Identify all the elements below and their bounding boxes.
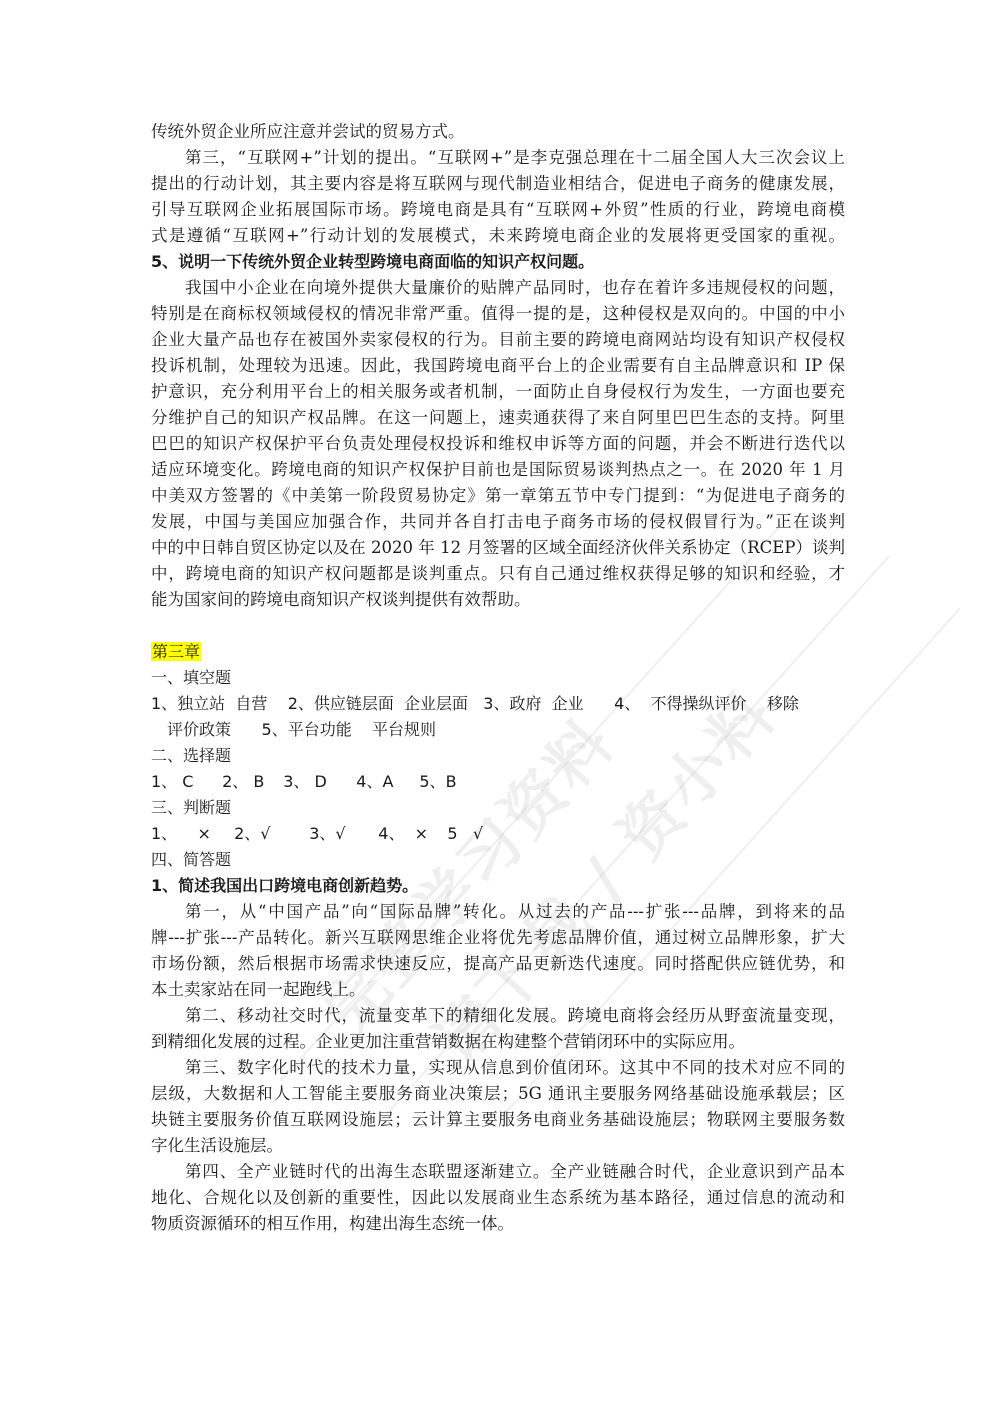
paragraph-line: 第三、数字化时代的技术力量，实现从信息到价值闭环。这其中不同的技术对应不同的 [151, 1055, 845, 1081]
paragraph-line: 物质资源循环的相互作用，构建出海生态统一体。 [151, 1211, 845, 1237]
paragraph-line: 块链主要服务价值互联网设施层；云计算主要服务电商业务基础设施层；物联网主要服务数 [151, 1107, 845, 1133]
paragraph-line: 发展，中国与美国应加强合作，共同并各自打击电子商务市场的侵权假冒行为。”正在谈判 [151, 509, 845, 535]
chapter-heading: 第三章 [151, 639, 845, 665]
paragraph-line: 第二、移动社交时代，流量变革下的精细化发展。跨境电商将会经历从野蛮流量变现， [151, 1003, 845, 1029]
paragraph-line: 适应环境变化。跨境电商的知识产权保护目前也是国际贸易谈判热点之一。在 2020 … [151, 457, 845, 483]
section-heading-true-false: 三、判断题 [151, 795, 845, 821]
paragraph-line: 牌---扩张---产品转化。新兴互联网思维企业将优先考虑品牌价值，通过树立品牌形… [151, 925, 845, 951]
question-title: 5、说明一下传统外贸企业转型跨境电商面临的知识产权问题。 [151, 249, 845, 275]
answer-item: 1、 × [151, 821, 229, 847]
chapter-title: 第三章 [151, 642, 201, 661]
paragraph-line: 企业大量产品也存在被国外卖家侵权的行为。目前主要的跨境电商网站均设有知识产权侵权 [151, 327, 845, 353]
paragraph-line: 层级，大数据和人工智能主要服务商业决策层；5G 通讯主要服务网络基础设施承载层；… [151, 1081, 845, 1107]
answer-item: 2、√ [234, 821, 304, 847]
paragraph-line: 中美双方签署的《中美第一阶段贸易协定》第一章第五节中专门提到：“为促进电子商务的 [151, 483, 845, 509]
paragraph-line: 我国中小企业在向境外提供大量廉价的贴牌产品同时，也存在着许多违规侵权的问题， [151, 275, 845, 301]
document-page: 传统外贸企业所应注意并尝试的贸易方式。 第三，“互联网+”计划的提出。“互联网+… [151, 119, 845, 1237]
section-heading-short-answer: 四、简答题 [151, 847, 845, 873]
answer-item: 2、 B [222, 769, 278, 795]
spacer [151, 613, 845, 639]
answer-item: 5 √ [447, 821, 483, 847]
answer-item: 4、 × [378, 821, 442, 847]
paragraph-line: 第三，“互联网+”计划的提出。“互联网+”是李克强总理在十二届全国人大三次会议上 [151, 145, 845, 171]
paragraph-line: 护意识，充分利用平台上的相关服务或者机制，一面防止自身侵权行为发生，一方面也要充 [151, 379, 845, 405]
paragraph-line: 提出的行动计划，其主要内容是将互联网与现代制造业相结合，促进电子商务的健康发展， [151, 171, 845, 197]
section-heading-multiple-choice: 二、选择题 [151, 743, 845, 769]
paragraph-line: 到精细化发展的过程。企业更加注重营销数据在构建整个营销闭环中的实际应用。 [151, 1029, 845, 1055]
paragraph-line: 能为国家间的跨境电商知识产权谈判提供有效帮助。 [151, 587, 845, 613]
answer-item: 5、B [419, 769, 456, 795]
answer-item: 4、A [356, 769, 414, 795]
paragraph-line: 第一，从“中国产品”向“国际品牌”转化。从过去的产品---扩张---品牌，到将来… [151, 899, 845, 925]
paragraph-line: 第四、全产业链时代的出海生态联盟逐渐建立。全产业链融合时代，企业意识到产品本 [151, 1159, 845, 1185]
paragraph-line: 中的中日韩自贸区协定以及在 2020 年 12 月签署的区域全面经济伙伴关系协定… [151, 535, 845, 561]
fill-blank-answers: 评价政策 5、平台功能 平台规则 [151, 717, 845, 743]
section-heading-fill-blank: 一、填空题 [151, 665, 845, 691]
paragraph-line: 中，跨境电商的知识产权问题都是谈判重点。只有自己通过维权获得足够的知识和经验，才 [151, 561, 845, 587]
question-title: 1、简述我国出口跨境电商创新趋势。 [151, 873, 845, 899]
paragraph-line: 地化、合规化以及创新的重要性，因此以发展商业生态系统为基本路径，通过信息的流动和 [151, 1185, 845, 1211]
paragraph-line: 字化生活设施层。 [151, 1133, 845, 1159]
paragraph-line: 投诉机制，处理较为迅速。因此，我国跨境电商平台上的企业需要有自主品牌意识和 IP… [151, 353, 845, 379]
true-false-answers: 1、 × 2、√ 3、√ 4、 × 5 √ [151, 821, 845, 847]
paragraph-line: 式是遵循“互联网+”行动计划的发展模式，未来跨境电商企业的发展将更受国家的重视。 [151, 223, 845, 249]
paragraph-line: 引导互联网企业拓展国际市场。跨境电商是具有“互联网+外贸”性质的行业，跨境电商模 [151, 197, 845, 223]
paragraph-line: 特别是在商标权领域侵权的情况非常严重。值得一提的是，这种侵权是双向的。中国的中小 [151, 301, 845, 327]
answer-item: 3、√ [309, 821, 373, 847]
paragraph-line: 传统外贸企业所应注意并尝试的贸易方式。 [151, 119, 845, 145]
fill-blank-answers: 1、独立站 自营 2、供应链层面 企业层面 3、政府 企业 4、 不得操纵评价 … [151, 691, 845, 717]
paragraph-line: 巴巴的知识产权保护平台负责处理侵权投诉和维权申诉等方面的问题，并会不断进行迭代以 [151, 431, 845, 457]
paragraph-line: 分维护自己的知识产权品牌。在这一问题上，速卖通获得了来自阿里巴巴生态的支持。阿里 [151, 405, 845, 431]
paragraph-line: 本土卖家站在同一起跑线上。 [151, 977, 845, 1003]
answer-item: 1、 C [151, 769, 217, 795]
paragraph-line: 市场份额，然后根据市场需求快速反应，提高产品更新迭代速度。同时搭配供应链优势，和 [151, 951, 845, 977]
answer-item: 3、 D [283, 769, 351, 795]
multiple-choice-answers: 1、 C 2、 B 3、 D 4、A 5、B [151, 769, 845, 795]
